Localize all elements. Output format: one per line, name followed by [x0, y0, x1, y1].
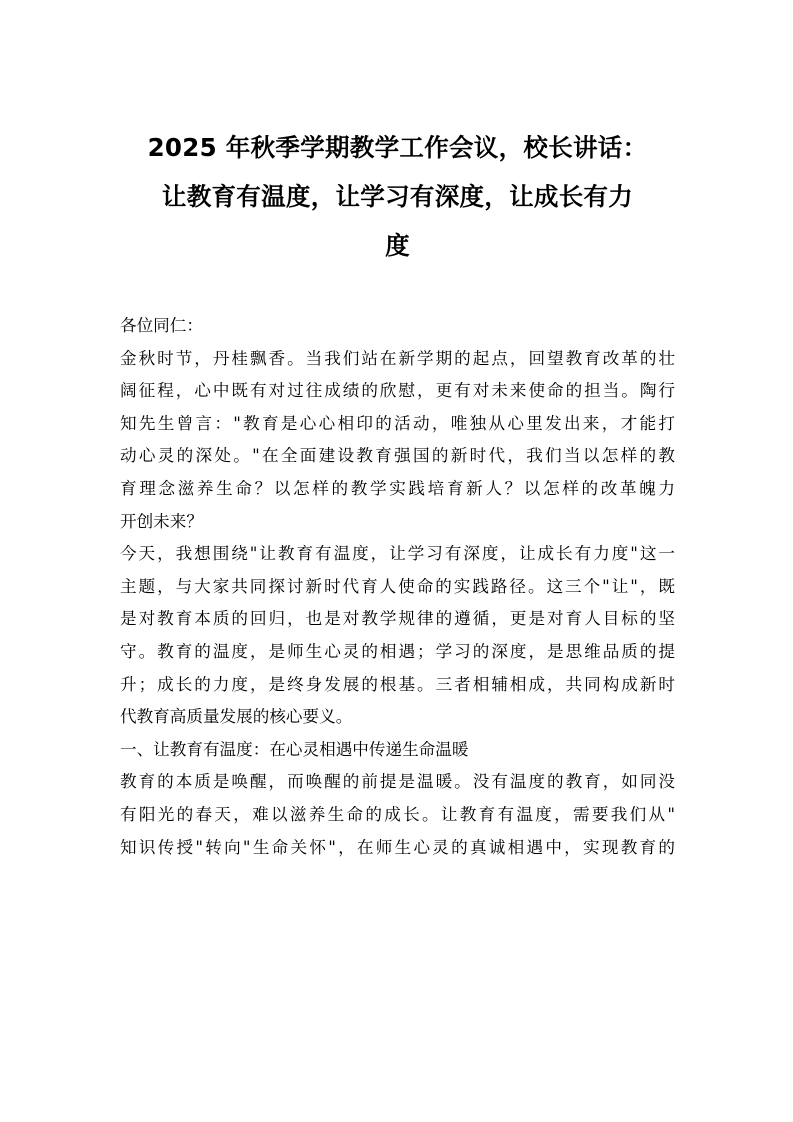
body-text-line: 各位同仁： [120, 310, 675, 343]
body-text-line: 代教育高质量发展的核心要义。 [120, 701, 675, 734]
body-text-line: 一、让教育有温度：在心灵相遇中传递生命温暖 [120, 734, 675, 767]
body-text-line: 开创未来？ [120, 506, 675, 539]
body-text-line: 动心灵的深处。"在全面建设教育强国的新时代，我们当以怎样的教 [120, 440, 675, 473]
body-text-line: 知识传授"转向"生命关怀"，在师生心灵的真诚相遇中，实现教育的 [120, 832, 675, 865]
document-page: 2025 年秋季学期教学工作会议，校长讲话： 让教育有温度，让学习有深度，让成长… [120, 123, 675, 864]
title-line: 让教育有温度，让学习有深度，让成长有力 [120, 172, 675, 221]
body-text-line: 阔征程，心中既有对过往成绩的欣慰，更有对未来使命的担当。陶行 [120, 375, 675, 408]
body-text-line: 育理念滋养生命？以怎样的教学实践培育新人？以怎样的改革魄力 [120, 473, 675, 506]
body-text-line: 有阳光的春天，难以滋养生命的成长。让教育有温度，需要我们从" [120, 799, 675, 832]
body-text-line: 升；成长的力度，是终身发展的根基。三者相辅相成，共同构成新时 [120, 669, 675, 702]
document-body: 各位同仁：金秋时节，丹桂飘香。当我们站在新学期的起点，回望教育改革的壮阔征程，心… [120, 310, 675, 864]
body-text-line: 主题，与大家共同探讨新时代育人使命的实践路径。这三个"让"，既 [120, 571, 675, 604]
body-text-line: 金秋时节，丹桂飘香。当我们站在新学期的起点，回望教育改革的壮 [120, 343, 675, 376]
body-text-line: 知先生曾言："教育是心心相印的活动，唯独从心里发出来，才能打 [120, 408, 675, 441]
body-text-line: 教育的本质是唤醒，而唤醒的前提是温暖。没有温度的教育，如同没 [120, 766, 675, 799]
body-text-line: 今天，我想围绕"让教育有温度，让学习有深度，让成长有力度"这一 [120, 538, 675, 571]
body-text-line: 是对教育本质的回归，也是对教学规律的遵循，更是对育人目标的坚 [120, 603, 675, 636]
body-text-line: 守。教育的温度，是师生心灵的相遇；学习的深度，是思维品质的提 [120, 636, 675, 669]
title-line: 2025 年秋季学期教学工作会议，校长讲话： [120, 123, 675, 172]
title-line: 度 [120, 221, 675, 270]
document-title: 2025 年秋季学期教学工作会议，校长讲话： 让教育有温度，让学习有深度，让成长… [120, 123, 675, 270]
